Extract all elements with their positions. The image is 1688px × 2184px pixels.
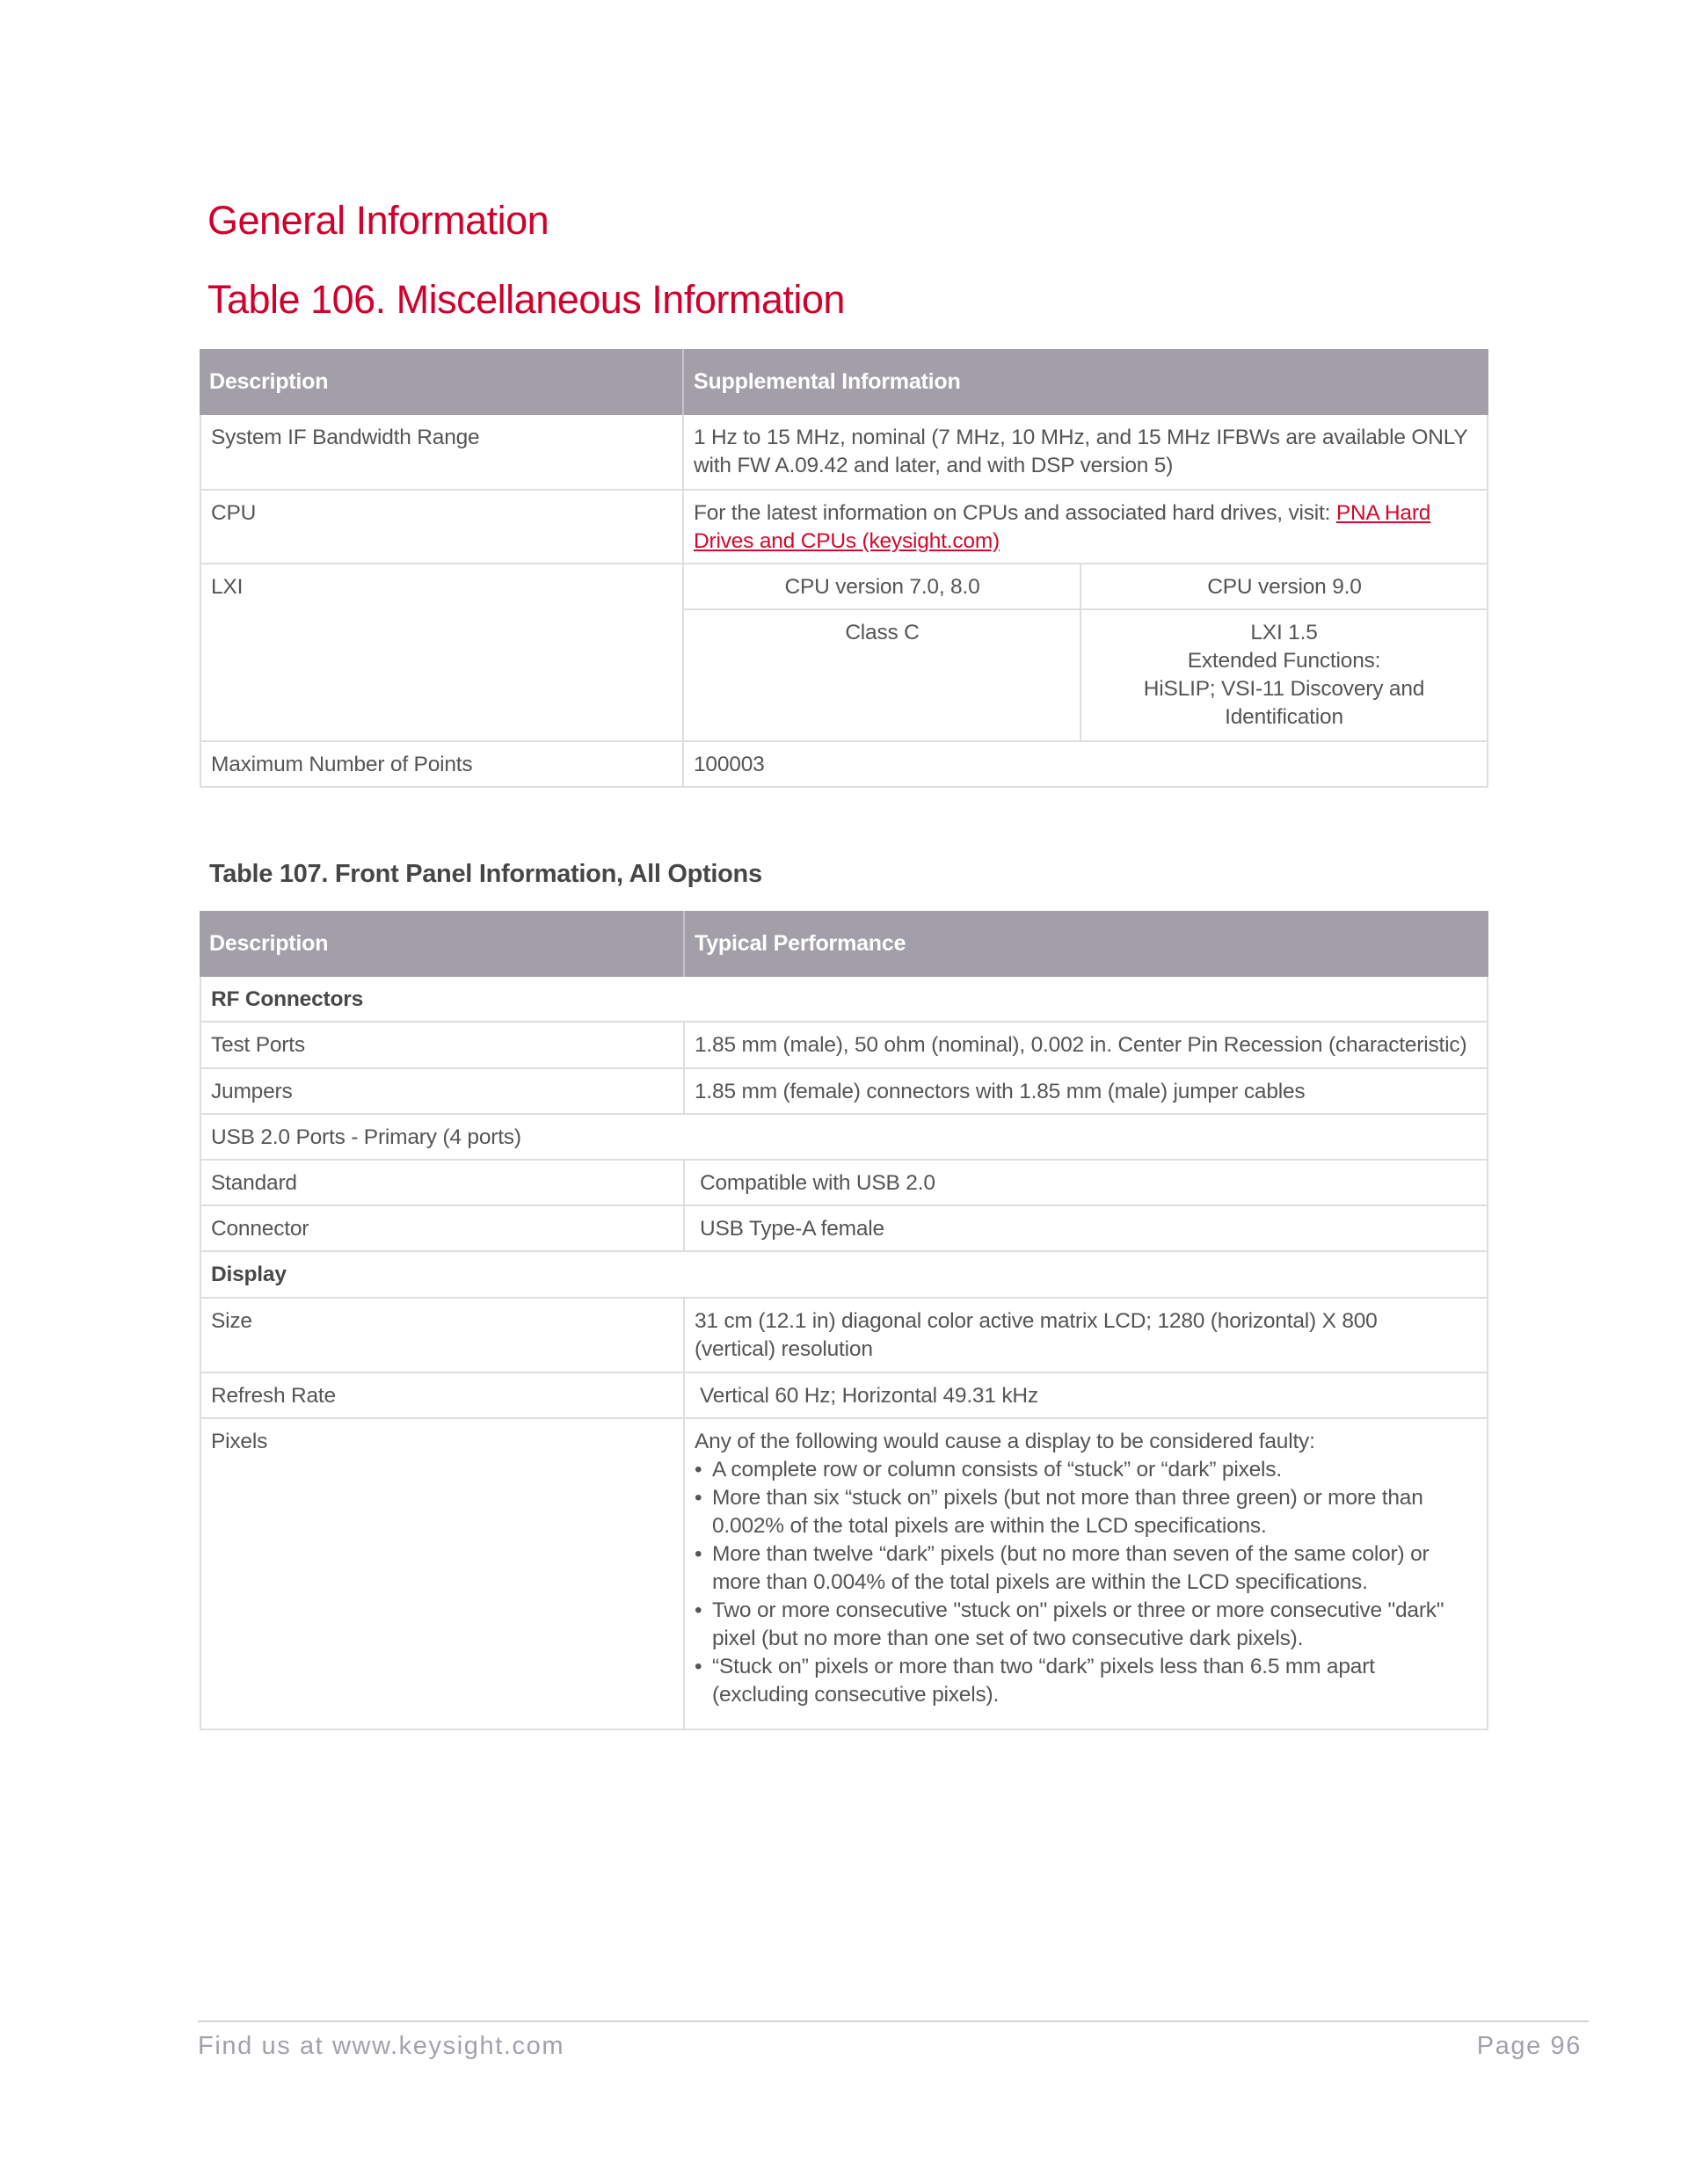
- page-number: Page 96: [1477, 2032, 1582, 2061]
- row-value-jumpers: 1.85 mm (female) connectors with 1.85 mm…: [683, 1069, 1488, 1115]
- row-label-refresh-rate: Refresh Rate: [200, 1373, 683, 1419]
- row-label-size: Size: [200, 1299, 683, 1373]
- row-label-cpu: CPU: [200, 491, 682, 564]
- lxi-subheader-cpu-9: CPU version 9.0: [1080, 564, 1488, 610]
- list-item: More than six “stuck on” pixels (but not…: [712, 1484, 1471, 1540]
- section-heading: General Information: [207, 200, 549, 240]
- table-107: Description Typical Performance RF Conne…: [200, 911, 1488, 1730]
- lxi-value-cpu-9: LXI 1.5 Extended Functions: HiSLIP; VSI-…: [1080, 610, 1488, 742]
- row-value-size: 31 cm (12.1 in) diagonal color active ma…: [683, 1299, 1488, 1373]
- table-header-supplemental: Supplemental Information: [682, 349, 1488, 415]
- row-value-if-bandwidth: 1 Hz to 15 MHz, nominal (7 MHz, 10 MHz, …: [682, 415, 1488, 491]
- row-value-max-points: 100003: [682, 742, 1488, 788]
- row-label-lxi: LXI: [200, 564, 682, 742]
- row-label-if-bandwidth: System IF Bandwidth Range: [200, 415, 682, 491]
- row-value-cpu: For the latest information on CPUs and a…: [682, 491, 1488, 564]
- footer-website: Find us at www.keysight.com: [198, 2032, 564, 2061]
- row-value-pixels: Any of the following would cause a displ…: [683, 1419, 1488, 1730]
- row-value-test-ports: 1.85 mm (male), 50 ohm (nominal), 0.002 …: [683, 1023, 1488, 1069]
- row-value-standard: Compatible with USB 2.0: [683, 1161, 1488, 1206]
- row-usb-ports: USB 2.0 Ports - Primary (4 ports): [200, 1115, 1488, 1161]
- row-value-connector: USB Type-A female: [683, 1206, 1488, 1252]
- row-label-max-points: Maximum Number of Points: [200, 742, 682, 788]
- table-106: Description Supplemental Information Sys…: [200, 349, 1488, 789]
- table-107-title: Table 107. Front Panel Information, All …: [209, 860, 762, 889]
- section-display: Display: [200, 1252, 1488, 1299]
- pixels-fault-list: A complete row or column consists of “st…: [695, 1456, 1471, 1709]
- footer-divider: [198, 2020, 1589, 2022]
- list-item: “Stuck on” pixels or more than two “dark…: [712, 1653, 1471, 1709]
- list-item: A complete row or column consists of “st…: [712, 1456, 1471, 1484]
- row-label-pixels: Pixels: [200, 1419, 683, 1730]
- list-item: Two or more consecutive "stuck on" pixel…: [712, 1597, 1471, 1653]
- section-rf-connectors: RF Connectors: [200, 977, 1488, 1023]
- list-item: More than twelve “dark” pixels (but no m…: [712, 1540, 1471, 1597]
- table-header-description: Description: [200, 911, 683, 977]
- lxi-value-cpu-7-8: Class C: [682, 610, 1080, 742]
- cpu-info-text: For the latest information on CPUs and a…: [694, 501, 1336, 525]
- table-header-description: Description: [200, 349, 682, 415]
- table-header-typical-performance: Typical Performance: [683, 911, 1488, 977]
- table-106-title: Table 106. Miscellaneous Information: [207, 280, 845, 319]
- row-label-connector: Connector: [200, 1206, 683, 1252]
- row-value-refresh-rate: Vertical 60 Hz; Horizontal 49.31 kHz: [683, 1373, 1488, 1419]
- lxi-subheader-cpu-7-8: CPU version 7.0, 8.0: [682, 564, 1080, 610]
- row-label-jumpers: Jumpers: [200, 1069, 683, 1115]
- row-label-test-ports: Test Ports: [200, 1023, 683, 1069]
- row-label-standard: Standard: [200, 1161, 683, 1206]
- pixels-intro: Any of the following would cause a displ…: [695, 1428, 1471, 1456]
